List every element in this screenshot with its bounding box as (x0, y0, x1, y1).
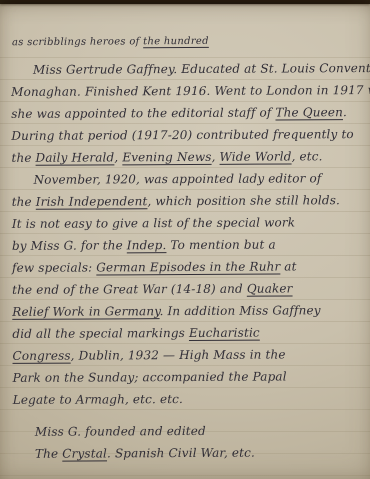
manuscript-line: The Crystal. Spanish Civil War, etc. (13, 441, 365, 465)
text-segment: few specials: (12, 260, 96, 274)
manuscript-line: November, 1920, was appointed lady edito… (12, 167, 364, 191)
underlined-phrase: Relief Work in Germany (12, 304, 159, 319)
text-segment: Miss G. founded and edited (35, 424, 206, 439)
text-segment: the (12, 195, 36, 209)
underlined-phrase: German Episodes in the Ruhr (96, 260, 280, 275)
text-segment: as scribblings heroes of (12, 36, 143, 48)
text-segment: November, 1920, was appointed lady edito… (34, 171, 322, 187)
text-segment: the end of the Great War (14-18) and (12, 282, 247, 297)
text-segment: . In addition Miss Gaffney (160, 303, 321, 318)
underlined-phrase: Quaker (247, 281, 293, 295)
text-segment: , which position she still holds. (147, 193, 340, 208)
manuscript-line: the end of the Great War (14-18) and Qua… (12, 277, 364, 301)
text-segment: . (343, 105, 347, 119)
text-segment: , (212, 150, 220, 164)
underlined-phrase: the hundred (143, 36, 209, 47)
manuscript-line: Miss G. founded and edited (13, 419, 365, 443)
text-segment: During that period (1917-20) contributed… (11, 127, 354, 143)
text-segment: Miss Gertrude Gaffney. Educated at St. L… (33, 61, 370, 77)
underlined-phrase: Irish Independent (36, 194, 148, 209)
text-segment: It is not easy to give a list of the spe… (12, 215, 295, 230)
manuscript-line: Congress, Dublin, 1932 — High Mass in th… (12, 343, 364, 367)
text-segment: The (35, 447, 62, 461)
text-segment: she was appointed to the editorial staff… (11, 106, 275, 121)
underlined-phrase: Indep. (127, 238, 167, 252)
manuscript-line: It is not easy to give a list of the spe… (12, 211, 364, 235)
text-segment: To mention but a (166, 238, 275, 253)
manuscript-line: Relief Work in Germany. In addition Miss… (12, 299, 364, 323)
text-segment: . Spanish Civil War, etc. (107, 446, 255, 461)
manuscript-line: During that period (1917-20) contributed… (11, 123, 363, 147)
text-segment: Monaghan. Finished Kent 1916. Went to Lo… (11, 83, 370, 99)
manuscript-line: Legate to Armagh, etc. etc. (13, 387, 365, 411)
manuscript-line: Monaghan. Finished Kent 1916. Went to Lo… (11, 79, 363, 103)
manuscript-page: as scribblings heroes of the hundred Mis… (0, 0, 370, 479)
underlined-phrase: Evening News (122, 150, 211, 164)
text-segment: by Miss G. for the (12, 238, 127, 253)
manuscript-line: the Irish Independent, which position sh… (12, 189, 364, 213)
manuscript-line: Miss Gertrude Gaffney. Educated at St. L… (11, 57, 363, 81)
underlined-phrase: Daily Herald (35, 150, 114, 164)
text-segment: did all the special markings (12, 326, 189, 341)
text-segment: at (280, 259, 296, 273)
text-segment: , (114, 150, 122, 164)
text-segment: Legate to Armagh, etc. etc. (13, 392, 183, 407)
manuscript-line: by Miss G. for the Indep. To mention but… (12, 233, 364, 257)
manuscript-body: Miss Gertrude Gaffney. Educated at St. L… (11, 57, 365, 465)
manuscript-line: did all the special markings Eucharistic (12, 321, 364, 345)
text-segment: Park on the Sunday; accompanied the Papa… (13, 369, 287, 384)
underlined-phrase: Congress (12, 349, 70, 363)
paragraph: November, 1920, was appointed lady edito… (12, 167, 365, 411)
text-segment: , Dublin, 1932 — High Mass in the (71, 347, 286, 362)
paragraph: Miss Gertrude Gaffney. Educated at St. L… (11, 57, 364, 169)
underlined-phrase: The Queen (275, 105, 343, 119)
header-line: as scribblings heroes of the hundred (12, 35, 362, 48)
underlined-phrase: Eucharistic (189, 326, 260, 340)
underlined-phrase: Crystal (62, 446, 107, 460)
manuscript-line: Park on the Sunday; accompanied the Papa… (13, 365, 365, 389)
text-segment: , etc. (292, 149, 323, 163)
page-top-edge (0, 0, 370, 4)
manuscript-line: she was appointed to the editorial staff… (11, 101, 363, 125)
manuscript-line: few specials: German Episodes in the Ruh… (12, 255, 364, 279)
underlined-phrase: Wide World (219, 149, 291, 163)
manuscript-line: the Daily Herald, Evening News, Wide Wor… (11, 145, 363, 169)
text-segment: the (11, 151, 35, 165)
paragraph: Miss G. founded and editedThe Crystal. S… (13, 419, 365, 465)
